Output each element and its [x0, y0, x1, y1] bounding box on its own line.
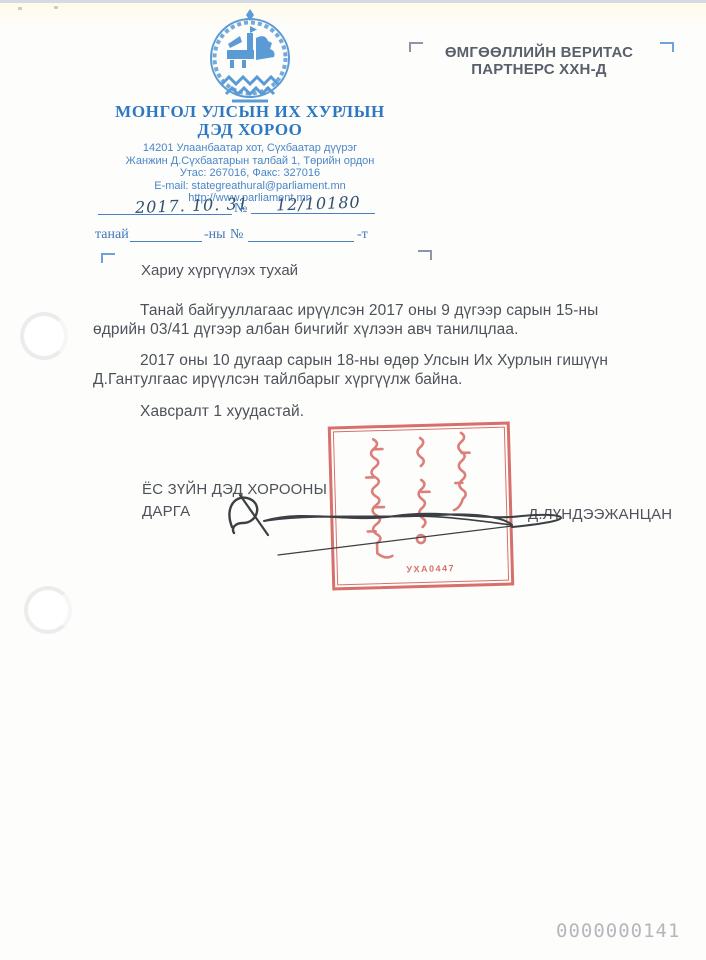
letterhead: МОНГОЛ УЛСЫН ИХ ХУРЛЫН ДЭД ХОРОО 14201 У…: [88, 8, 412, 205]
your-ref-number-sign: №: [230, 227, 243, 243]
body-paragraph-3: Хавсралт 1 хуудастай.: [93, 403, 653, 422]
corner-bracket-right: [418, 250, 432, 260]
body-paragraph-1: Танай байгууллагаас ирүүлсэн 2017 оны 9 …: [93, 302, 653, 339]
corner-bracket-left: [101, 253, 115, 263]
address-line: 14201 Улаанбаатар хот, Сүхбаатар дүүрэг: [88, 142, 412, 155]
org-name-line2: ДЭД ХОРОО: [88, 122, 412, 138]
recipient-line2: ПАРТНЕРС ХХН-Д: [418, 61, 660, 78]
org-name-line1: МОНГОЛ УЛСЫН ИХ ХУРЛЫН: [88, 104, 412, 120]
address-line: Утас: 267016, Факс: 327016: [88, 167, 412, 180]
recipient-block: ӨМГӨӨЛЛИЙН ВЕРИТАС ПАРТНЕРС ХХН-Д: [418, 44, 660, 78]
your-ref-blank: [130, 241, 202, 242]
your-ref-blank: [248, 241, 354, 242]
corner-bracket-right: [660, 42, 674, 52]
org-address: 14201 Улаанбаатар хот, Сүхбаатар дүүрэг …: [88, 142, 412, 205]
scan-speck: [18, 7, 22, 10]
address-line: Жанжин Д.Сүхбаатарын талбай 1, Төрийн ор…: [88, 155, 412, 168]
your-ref-suffix: -т: [357, 227, 368, 243]
scan-speck: [54, 6, 58, 9]
your-ref-mid: -ны: [204, 227, 226, 243]
scan-serial-number: 0000000141: [556, 920, 680, 942]
hole-punch-mark: [20, 312, 68, 360]
your-ref-prefix: танай: [95, 227, 129, 243]
ref-number-underline: [251, 213, 375, 214]
number-sign: №: [234, 201, 247, 217]
handwritten-ref-number: 12/10180: [276, 193, 361, 215]
date-underline: [98, 214, 232, 215]
address-line: E-mail: stategreathural@parliament.mn: [88, 180, 412, 193]
mongolia-state-emblem-icon: [198, 8, 302, 104]
hole-punch-mark: [24, 586, 72, 634]
handwritten-signature: [80, 455, 670, 567]
subject-line: Хариу хүргүүлэх тухай: [141, 262, 298, 279]
org-name: МОНГОЛ УЛСЫН ИХ ХУРЛЫН ДЭД ХОРОО: [88, 104, 412, 138]
body-paragraph-2: 2017 оны 10 дугаар сарын 18-ны өдөр Улсы…: [93, 352, 653, 389]
scanned-letter-page: МОНГОЛ УЛСЫН ИХ ХУРЛЫН ДЭД ХОРОО 14201 У…: [0, 0, 706, 960]
recipient-line1: ӨМГӨӨЛЛИЙН ВЕРИТАС: [418, 44, 660, 61]
